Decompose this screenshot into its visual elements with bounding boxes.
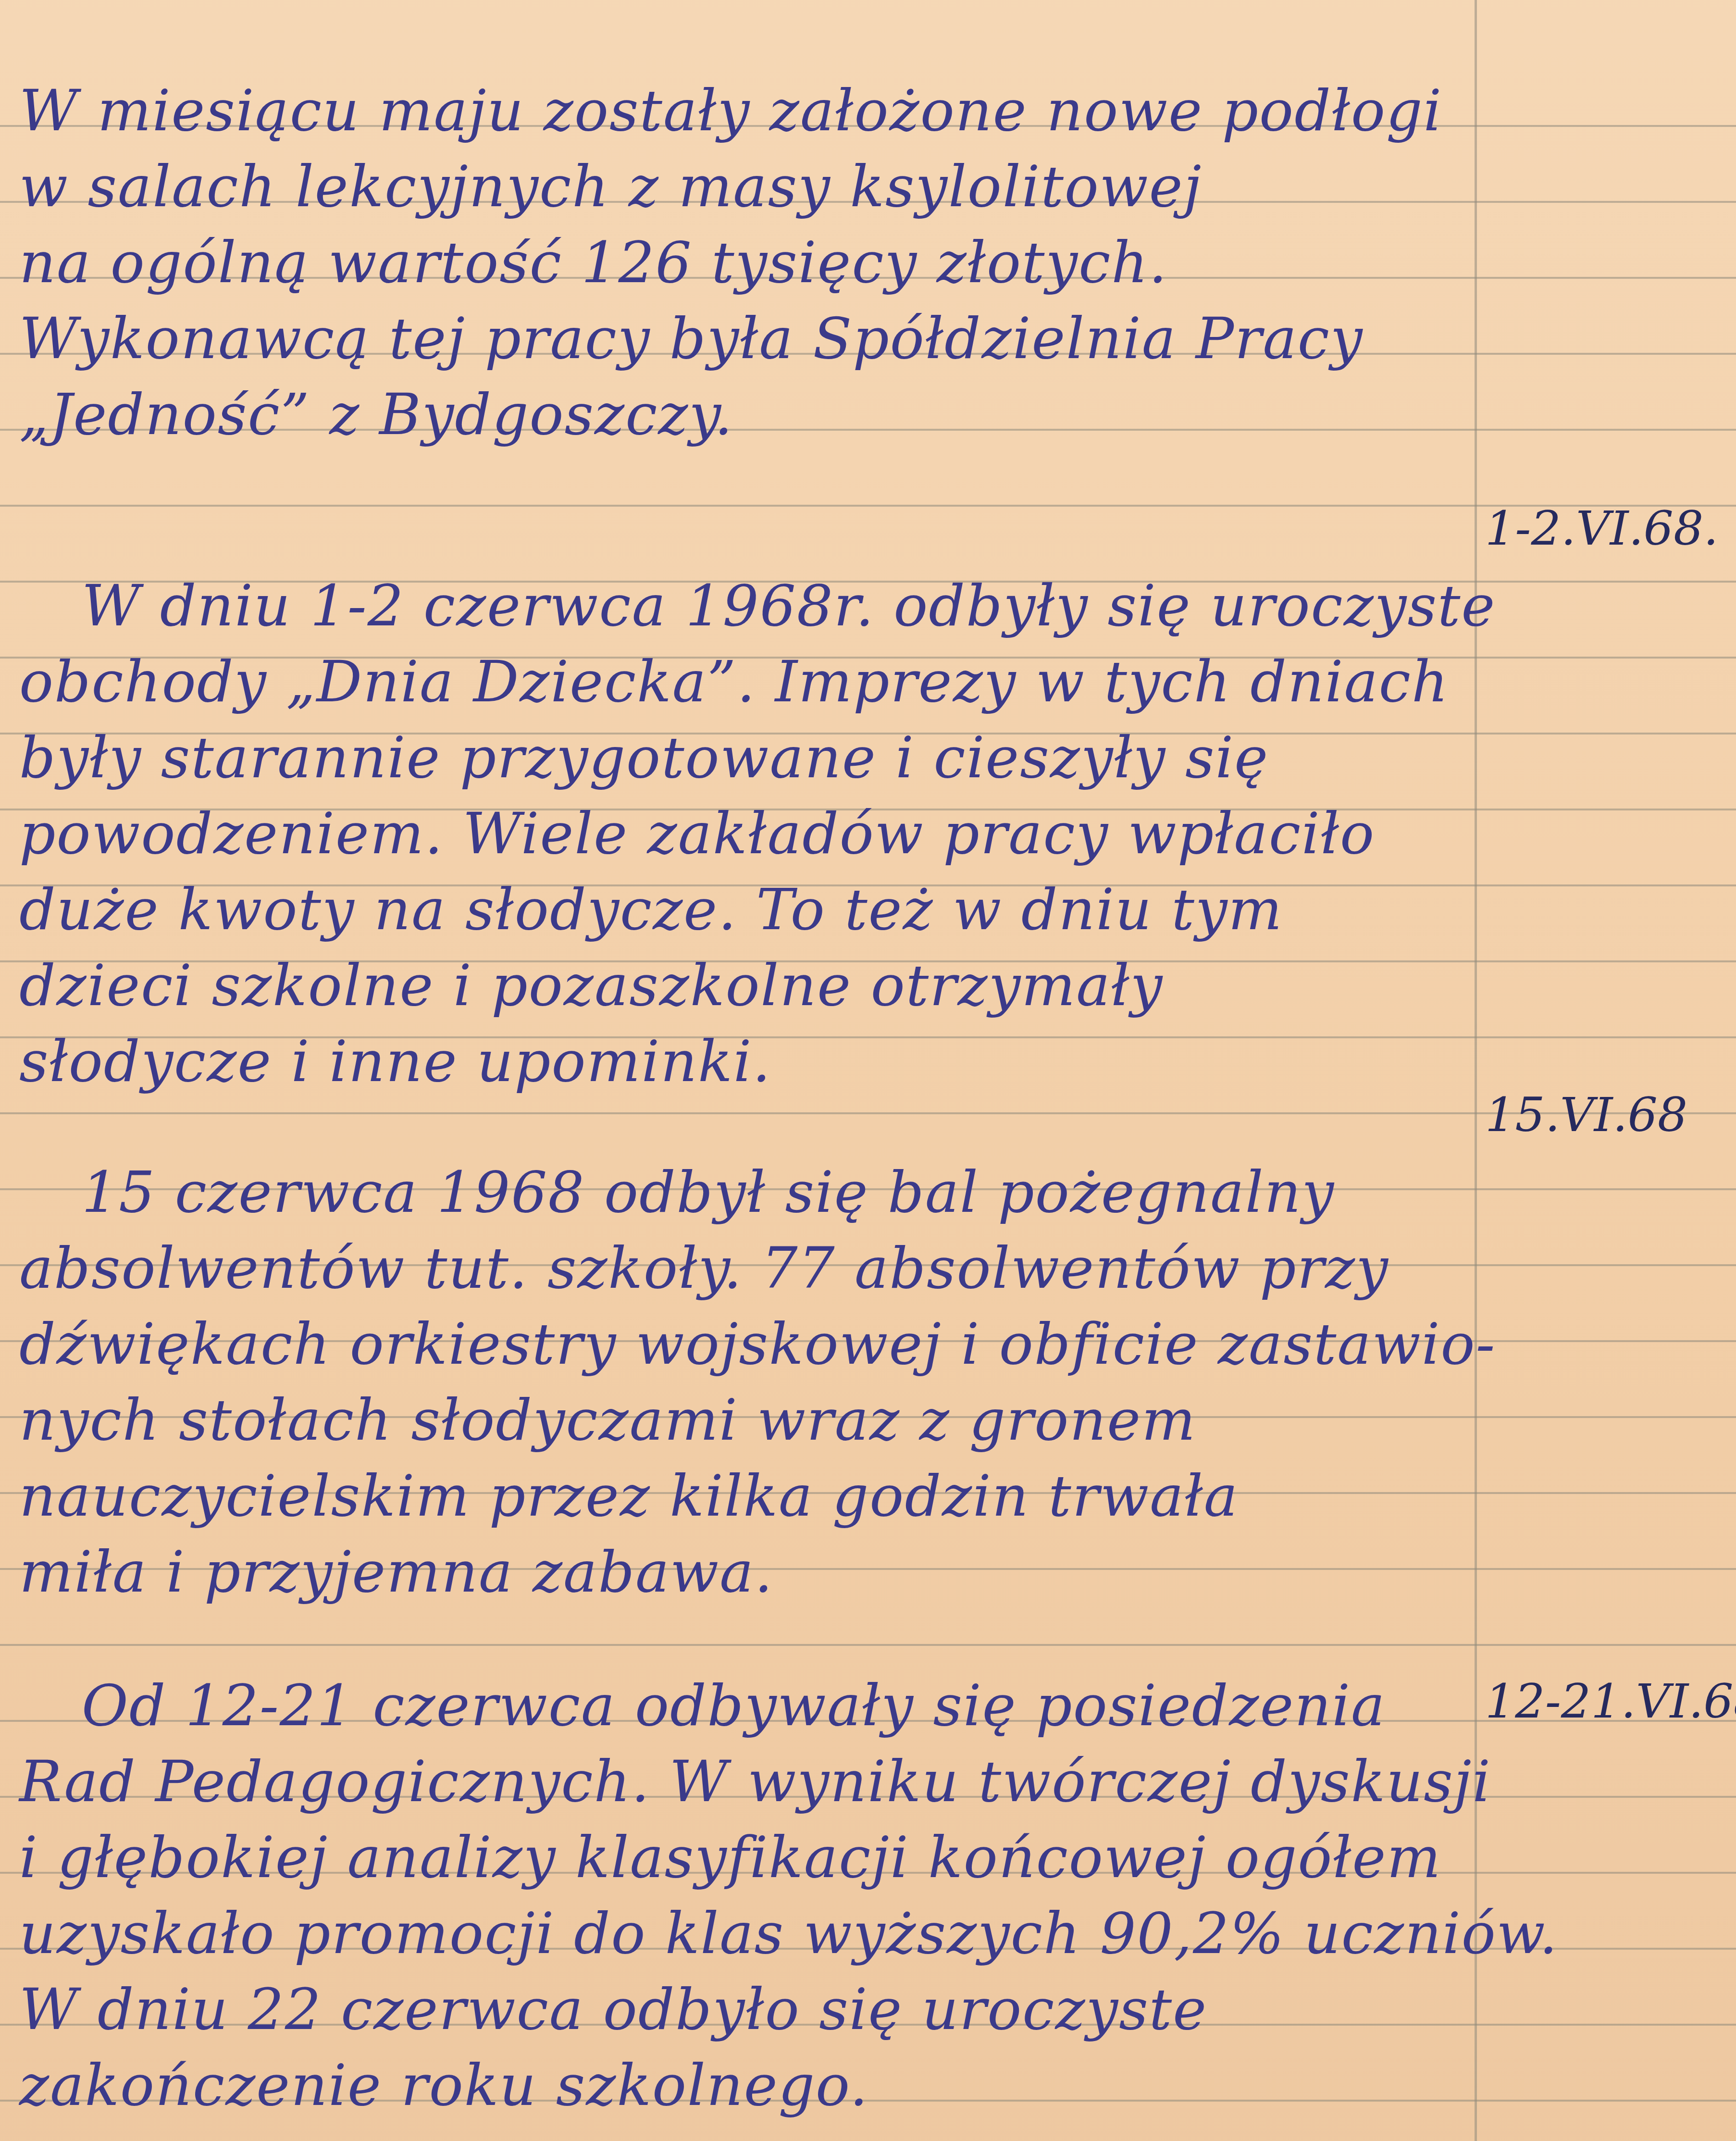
text-line: obchody „Dnia Dziecka”. Imprezy w tych d… <box>19 648 1449 715</box>
text-line: nauczycielskim przez kilka godzin trwała <box>19 1462 1239 1530</box>
margin-date: 12-21.VI.68r. <box>1485 1673 1736 1730</box>
text-line: dźwiękach orkiestry wojskowej i obficie … <box>19 1310 1496 1378</box>
text-line: powodzeniem. Wiele zakładów pracy wpłaci… <box>19 800 1375 867</box>
text-line: W dniu 1-2 czerwca 1968r. odbyły się uro… <box>82 572 1496 639</box>
text-line: miła i przyjemna zabawa. <box>19 1538 773 1606</box>
margin-line <box>1475 0 1477 2141</box>
text-line: w salach lekcyjnych z masy ksylolitowej <box>19 153 1202 220</box>
text-line: absolwentów tut. szkoły. 77 absolwentów … <box>19 1234 1389 1302</box>
text-line: na ogólną wartość 126 tysięcy złotych. <box>19 229 1168 296</box>
text-line: duże kwoty na słodycze. To też w dniu ty… <box>19 876 1283 943</box>
notebook-page: W miesiącu maju zostały założone nowe po… <box>0 0 1736 2141</box>
text-line: nych stołach słodyczami wraz z gronem <box>19 1386 1196 1454</box>
text-line: słodycze i inne upominki. <box>19 1028 771 1095</box>
text-line: Rad Pedagogicznych. W wyniku twórczej dy… <box>19 1748 1491 1815</box>
text-line: W miesiącu maju zostały założone nowe po… <box>19 77 1442 144</box>
text-line: dzieci szkolne i pozaszkolne otrzymały <box>19 952 1164 1019</box>
text-line: Od 12-21 czerwca odbywały się posiedzeni… <box>82 1672 1386 1739</box>
text-line: uzyskało promocji do klas wyższych 90,2%… <box>19 1900 1558 1967</box>
text-line: Wykonawcą tej pracy była Spółdzielnia Pr… <box>19 305 1364 372</box>
margin-date: 15.VI.68 <box>1485 1086 1687 1144</box>
text-line: W dniu 22 czerwca odbyło się uroczyste <box>19 1976 1207 2043</box>
text-line: zakończenie roku szkolnego. <box>19 2052 869 2119</box>
margin-date: 1-2.VI.68. <box>1485 500 1718 558</box>
text-line: i głębokiej analizy klasyfikacji końcowe… <box>19 1824 1441 1891</box>
text-line: 15 czerwca 1968 odbył się bal pożegnalny <box>82 1158 1335 1226</box>
text-line: „Jedność” z Bydgoszczy. <box>19 381 733 448</box>
text-line: były starannie przygotowane i cieszyły s… <box>19 724 1269 791</box>
